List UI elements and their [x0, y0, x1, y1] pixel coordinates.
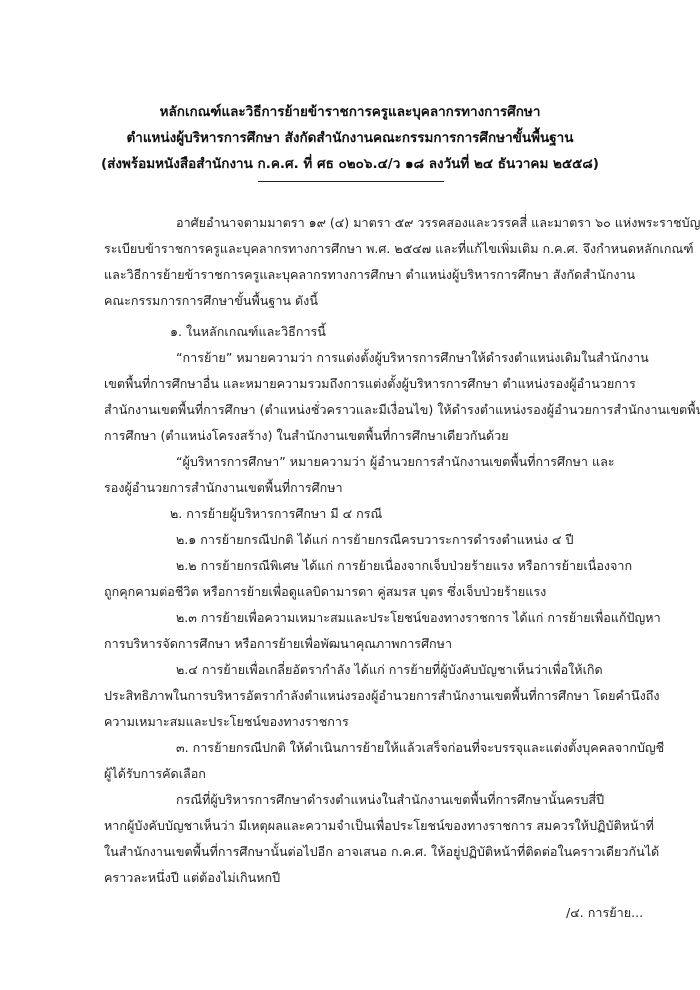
paragraph-line: สำนักงานเขตพื้นที่การศึกษา (ตำแหน่งชั่วค… — [104, 400, 700, 420]
subsection-2-4: ๒.๔ การย้ายเพื่อเกลี่ยอัตรากำลัง ได้แก่ … — [176, 660, 603, 680]
paragraph-line: ในสำนักงานเขตพื้นที่การศึกษานั้นต่อไปอีก… — [104, 842, 659, 862]
paragraph-line: อาศัยอำนาจตามมาตรา ๑๙ (๔) มาตรา ๕๙ วรรคส… — [176, 213, 700, 233]
paragraph-line: ถูกคุกคามต่อชีวิต หรือการย้ายเพื่อดูแลบิ… — [104, 582, 546, 602]
section-heading-3: ๓. การย้ายกรณีปกติ ให้ดำเนินการย้ายให้แล… — [176, 738, 664, 758]
paragraph-line: หากผู้บังคับบัญชาเห็นว่า มีเหตุผลและความ… — [104, 816, 654, 836]
subsection-2-1: ๒.๑ การย้ายกรณีปกติ ได้แก่ การย้ายกรณีคร… — [176, 530, 574, 550]
paragraph-line: และวิธีการย้ายข้าราชการครูและบุคลากรทางก… — [104, 265, 635, 285]
title-line-3: (ส่งพร้อมหนังสือสำนักงาน ก.ค.ศ. ที่ ศธ ๐… — [0, 152, 700, 174]
paragraph-line: การศึกษา (ตำแหน่งโครงสร้าง) ในสำนักงานเข… — [104, 426, 509, 446]
paragraph-line: ความเหมาะสมและประโยชน์ของทางราชการ — [104, 712, 349, 732]
paragraph-line: ระเบียบข้าราชการครูและบุคลากรทางการศึกษา… — [104, 239, 694, 259]
paragraph-line: ผู้ได้รับการคัดเลือก — [104, 764, 206, 784]
paragraph-line: การบริหารจัดการศึกษา หรือการย้ายเพื่อพัฒ… — [104, 634, 452, 654]
paragraph-line: ประสิทธิภาพในการบริหารอัตรากำลังตำแหน่งร… — [104, 686, 660, 706]
paragraph-line: เขตพื้นที่การศึกษาอื่น และหมายความรวมถึง… — [104, 374, 636, 394]
paragraph-line: คราวละหนึ่งปี แต่ต้องไม่เกินหกปี — [104, 868, 280, 888]
page-continuation-marker: /๔. การย้าย... — [566, 903, 643, 923]
paragraph-line: รองผู้อำนวยการสำนักงานเขตพื้นที่การศึกษา — [104, 478, 343, 498]
title-line-2: ตำแหน่งผู้บริหารการศึกษา สังกัดสำนักงานค… — [0, 126, 700, 148]
subsection-2-3: ๒.๓ การย้ายเพื่อความเหมาะสมและประโยชน์ขอ… — [176, 608, 661, 628]
paragraph-line: “ผู้บริหารการศึกษา” หมายความว่า ผู้อำนวย… — [176, 452, 615, 472]
subsection-2-2: ๒.๒ การย้ายกรณีพิเศษ ได้แก่ การย้ายเนื่อ… — [176, 556, 632, 576]
section-heading-2: ๒. การย้ายผู้บริหารการศึกษา มี ๔ กรณี — [170, 504, 382, 524]
paragraph-line: กรณีที่ผู้บริหารการศึกษาดำรงตำแหน่งในสำน… — [176, 790, 604, 810]
paragraph-line: คณะกรรมการการศึกษาขั้นพื้นฐาน ดังนี้ — [104, 291, 318, 311]
paragraph-line: “การย้าย” หมายความว่า การแต่งตั้งผู้บริห… — [176, 348, 649, 368]
title-line-1: หลักเกณฑ์และวิธีการย้ายข้าราชการครูและบุ… — [0, 100, 700, 122]
section-heading-1: ๑. ในหลักเกณฑ์และวิธีการนี้ — [170, 322, 326, 342]
title-underline-divider — [258, 181, 444, 182]
document-page: หลักเกณฑ์และวิธีการย้ายข้าราชการครูและบุ… — [0, 0, 700, 990]
